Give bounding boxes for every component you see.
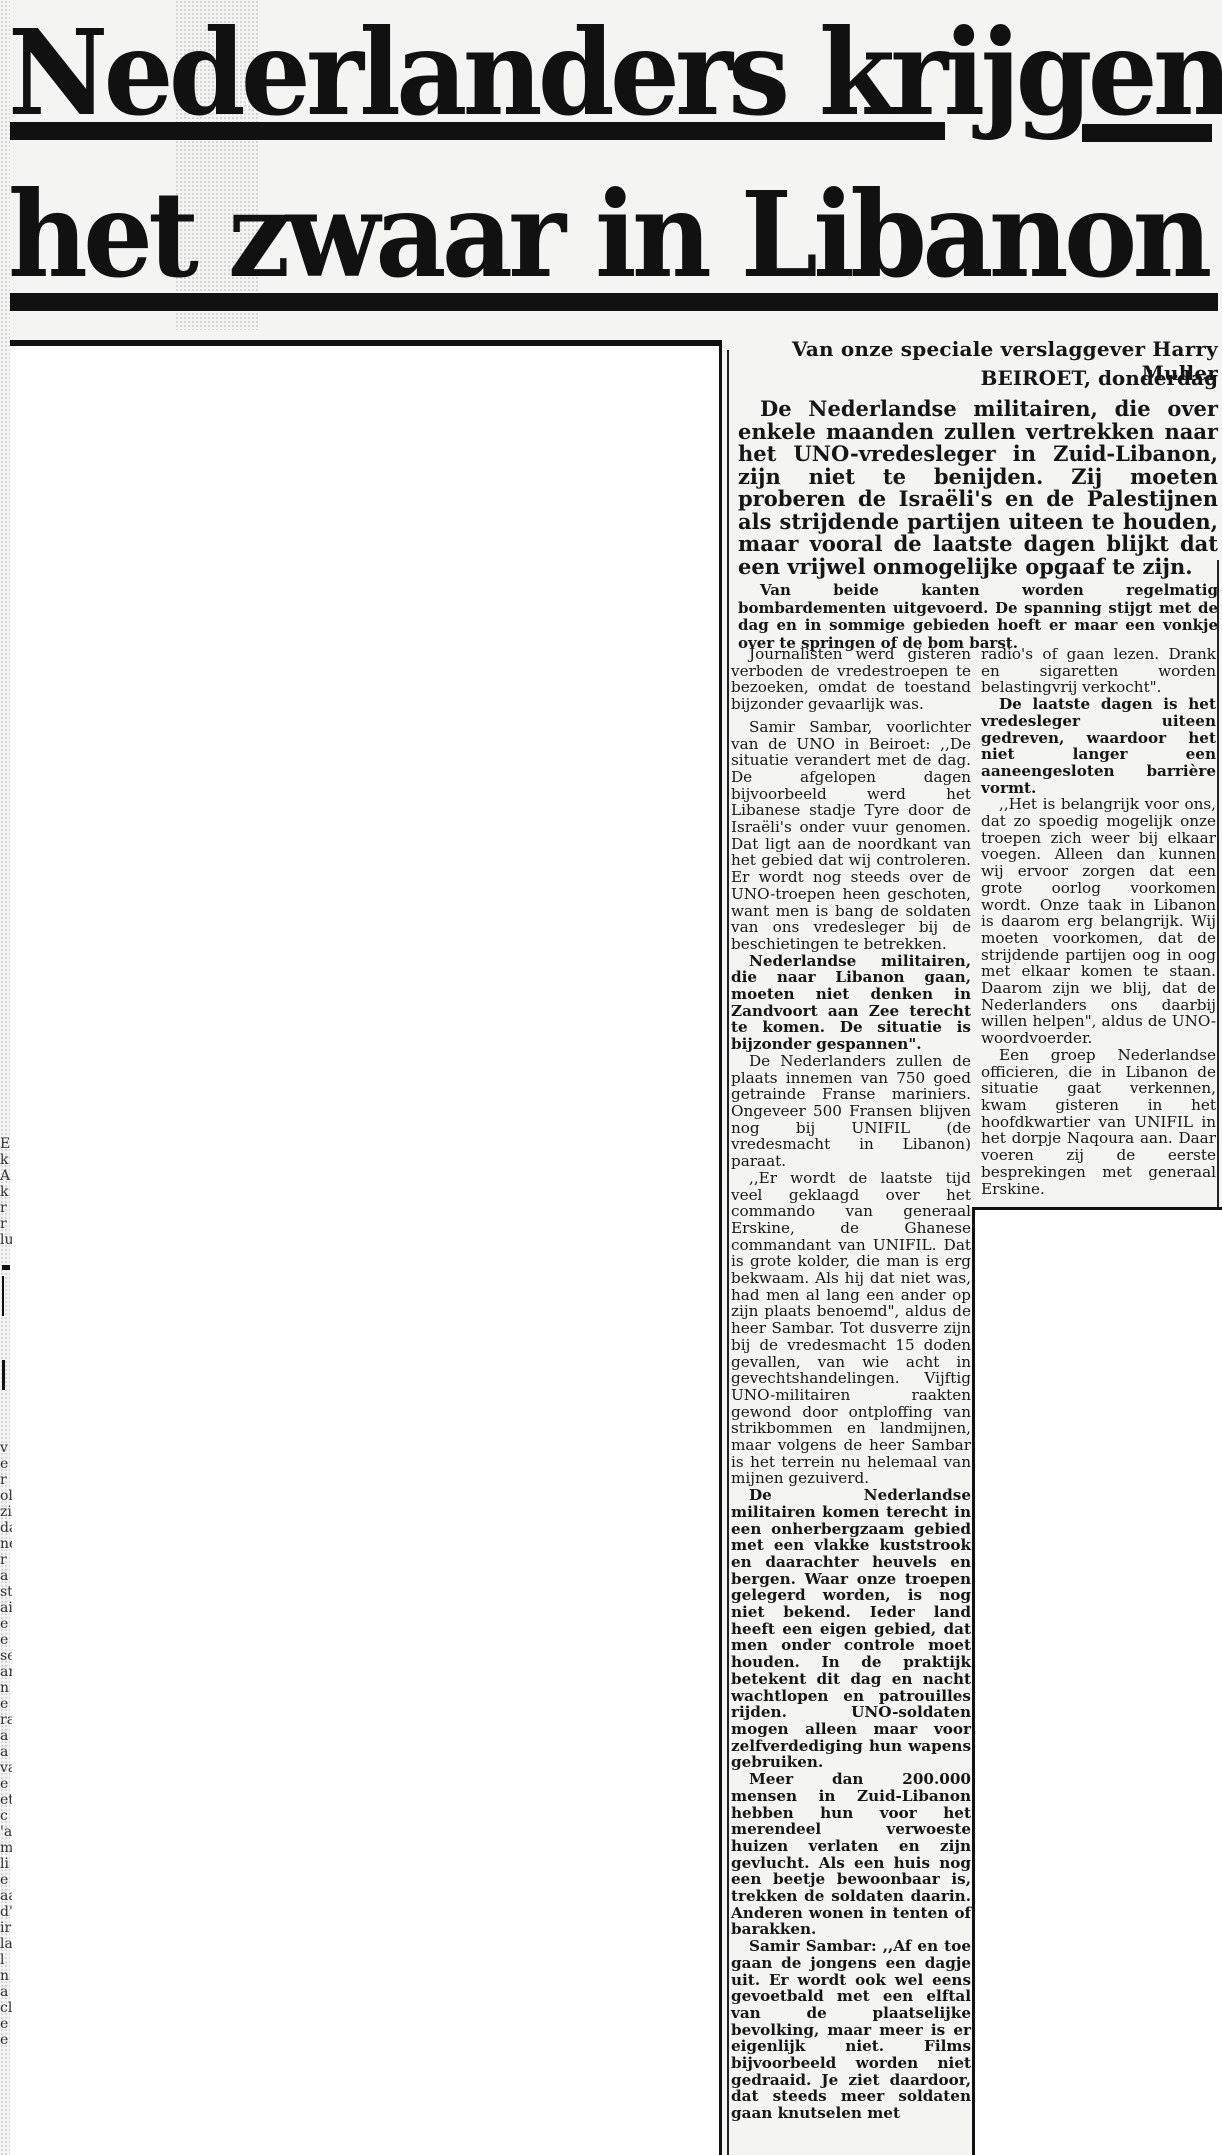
headline-line-1: Nederlanders krijgen [8, 14, 1222, 132]
lead-paragraph: De Nederlandse militairen, die over enke… [738, 398, 1218, 578]
margin-fragment-upper: E k A k r r lu [0, 1136, 12, 1248]
article-column-2: radio's of gaan lezen. Drank en sigarett… [981, 646, 1216, 1197]
headline-line-2: het zwaar in Libanon [8, 176, 1208, 294]
margin-rule-mark [2, 1360, 5, 1390]
paragraph: Samir Sambar, voorlichter van de UNO in … [731, 719, 971, 953]
dateline: BEIROET, donderdag [748, 366, 1218, 390]
blank-region-left [10, 340, 722, 2155]
intro-paragraph: Van beide kanten worden regelmatig bomba… [738, 582, 1218, 652]
headline-rule-1-left [10, 122, 945, 140]
paragraph: De laatste dagen is het vredesleger uite… [981, 696, 1216, 796]
column-rule-left [727, 350, 729, 2155]
blank-region-right [972, 1207, 1222, 2155]
headline-rule-1-right [1082, 124, 1212, 142]
margin-rule-mark [2, 1276, 4, 1316]
headline-rule-2 [10, 293, 1218, 311]
paragraph: De Nederlandse militairen komen terecht … [731, 1487, 971, 1771]
paragraph: Nederlandse militairen, die naar Libanon… [731, 953, 971, 1053]
article-column-1: Journalisten werd gisteren verboden de v… [731, 646, 971, 2122]
margin-rule-mark [2, 1265, 10, 1270]
paragraph: ,,Er wordt de laatste tijd veel geklaagd… [731, 1170, 971, 1487]
paragraph: radio's of gaan lezen. Drank en sigarett… [981, 646, 1216, 696]
paragraph: ,,Het is belangrijk voor ons, dat zo spo… [981, 796, 1216, 1047]
column-rule-right [1217, 560, 1219, 1208]
paragraph: Een groep Nederlandse officieren, die in… [981, 1047, 1216, 1197]
paragraph: Samir Sambar: ,,Af en toe gaan de jongen… [731, 1938, 971, 2122]
paragraph: Journalisten werd gisteren verboden de v… [731, 646, 971, 713]
margin-fragment-lower: v e r ol zi da ne r a st ai e e se ar n … [0, 1440, 12, 2048]
paragraph: Meer dan 200.000 mensen in Zuid-Libanon … [731, 1771, 971, 1938]
paragraph: De Nederlanders zullen de plaats innemen… [731, 1053, 971, 1170]
